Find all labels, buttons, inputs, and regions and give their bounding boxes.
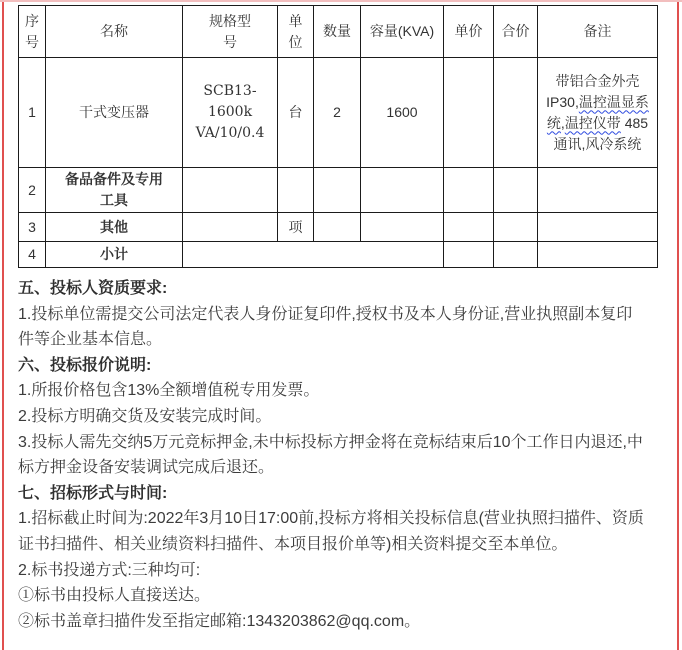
remark-line-2: IP30,温控温显系 — [540, 92, 655, 113]
section-7-item-2: 2.标书投递方式:三种均可: — [18, 558, 648, 584]
table-row-2: 2 备品备件及专用工具 — [19, 168, 658, 213]
section-7-item-4-email-line: ②标书盖章扫描件发至指定邮箱:1343203862@qq.com。 — [18, 609, 648, 635]
remark-line-4: 通讯,风冷系统 — [540, 134, 655, 155]
section-6-heading: 六、投标报价说明: — [18, 353, 648, 379]
cell-spec — [183, 213, 278, 242]
section-6-item-2: 2.投标方明确交货及安装完成时间。 — [18, 404, 648, 430]
section-7-item-3: ①标书由投标人直接送达。 — [18, 583, 648, 609]
table-header-row: 序号 名称 规格型号 单位 数量 容量(KVA) 单价 合价 备注 — [19, 6, 658, 58]
header-no: 序号 — [19, 6, 46, 58]
left-red-border-line — [2, 0, 4, 650]
document-page: 序号 名称 规格型号 单位 数量 容量(KVA) 单价 合价 备注 1 干式变压… — [0, 0, 682, 650]
spellcheck-underline: 温控温显系 — [579, 94, 649, 110]
section-6-item-1: 1.所报价格包含13%全额增值税专用发票。 — [18, 378, 648, 404]
cell-unit-price — [444, 168, 494, 213]
cell-unit-price — [444, 242, 494, 268]
cell-total-price — [494, 168, 538, 213]
remark-line-3: 统,温控仪带 485 — [540, 113, 655, 134]
cell-unit: 台 — [278, 58, 314, 168]
spec-line-2: VA/10/0.4 — [185, 123, 275, 144]
cell-remark — [538, 168, 658, 213]
cell-no: 1 — [19, 58, 46, 168]
cell-remark — [538, 213, 658, 242]
header-qty: 数量 — [314, 6, 361, 58]
cell-qty: 2 — [314, 58, 361, 168]
table-row-1: 1 干式变压器 SCB13-1600k VA/10/0.4 台 2 1600 带… — [19, 58, 658, 168]
cell-name: 小计 — [46, 242, 183, 268]
cell-remark: 带铝合金外壳 IP30,温控温显系 统,温控仪带 485 通讯,风冷系统 — [538, 58, 658, 168]
cell-unit-price — [444, 58, 494, 168]
cell-name: 备品备件及专用工具 — [46, 168, 183, 213]
spellcheck-underline: 统 — [547, 115, 561, 131]
header-unit: 单位 — [278, 6, 314, 58]
cell-unit — [278, 168, 314, 213]
section-5-item-1: 1.投标单位需提交公司法定代表人身份证复印件,授权书及本人身份证,营业执照副本复… — [18, 302, 648, 353]
spellcheck-underline: 温控仪带 — [565, 115, 621, 131]
header-capacity: 容量(KVA) — [361, 6, 444, 58]
section-7-item-1: 1.招标截止时间为:2022年3月10日17:00前,投标方将相关投标信息(营业… — [18, 506, 648, 557]
spec-line-1: SCB13-1600k — [185, 81, 275, 123]
cell-no: 2 — [19, 168, 46, 213]
header-name: 名称 — [46, 6, 183, 58]
bid-items-table: 序号 名称 规格型号 单位 数量 容量(KVA) 单价 合价 备注 1 干式变压… — [18, 5, 658, 268]
cell-total-price — [494, 58, 538, 168]
table-row-4: 4 小计 — [19, 242, 658, 268]
cell-merged-subtotal — [183, 242, 444, 268]
section-7-heading: 七、招标形式与时间: — [18, 481, 648, 507]
cell-name: 干式变压器 — [46, 58, 183, 168]
cell-total-price — [494, 213, 538, 242]
cell-capacity — [361, 168, 444, 213]
cell-total-price — [494, 242, 538, 268]
table-row-3: 3 其他 项 — [19, 213, 658, 242]
cell-spec — [183, 168, 278, 213]
section-5-heading: 五、投标人资质要求: — [18, 276, 648, 302]
cell-capacity: 1600 — [361, 58, 444, 168]
header-remark: 备注 — [538, 6, 658, 58]
cell-spec: SCB13-1600k VA/10/0.4 — [183, 58, 278, 168]
header-unit-price: 单价 — [444, 6, 494, 58]
cell-unit: 项 — [278, 213, 314, 242]
cell-qty — [314, 213, 361, 242]
cell-no: 3 — [19, 213, 46, 242]
cell-unit-price — [444, 213, 494, 242]
document-body: 五、投标人资质要求: 1.投标单位需提交公司法定代表人身份证复印件,授权书及本人… — [18, 276, 648, 634]
cell-no: 4 — [19, 242, 46, 268]
cell-capacity — [361, 213, 444, 242]
cell-name: 其他 — [46, 213, 183, 242]
cell-remark — [538, 242, 658, 268]
right-red-border-line — [677, 0, 679, 650]
top-pink-border-line — [0, 0, 682, 2]
header-total-price: 合价 — [494, 6, 538, 58]
remark-line-1: 带铝合金外壳 — [540, 71, 655, 92]
section-6-item-3: 3.投标人需先交纳5万元竞标押金,未中标投标方押金将在竞标结束后10个工作日内退… — [18, 430, 648, 481]
cell-qty — [314, 168, 361, 213]
header-spec: 规格型号 — [183, 6, 278, 58]
